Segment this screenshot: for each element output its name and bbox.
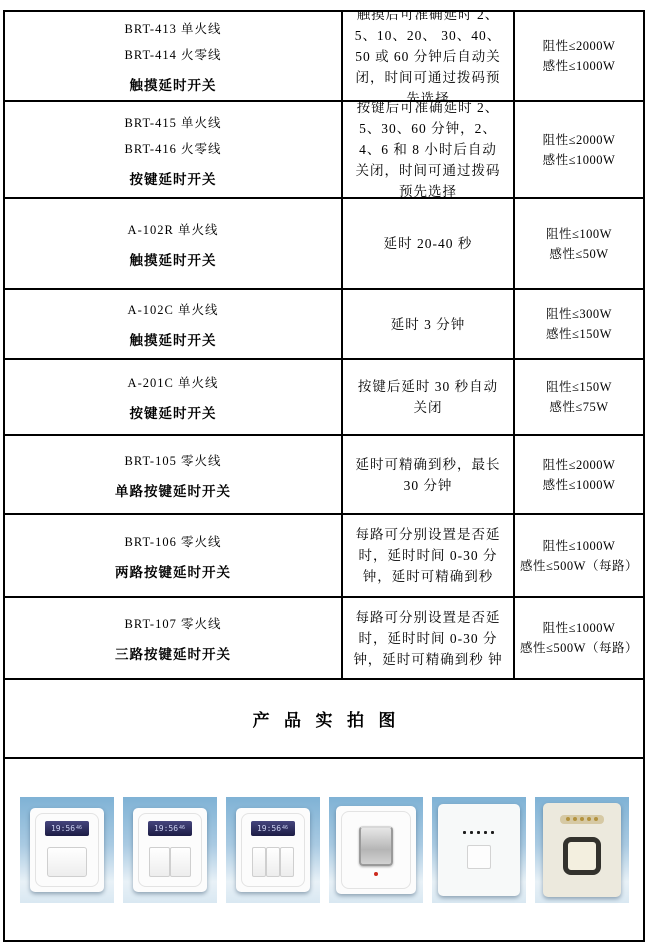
- dip-dot: [484, 831, 487, 834]
- rocker-button-group: [30, 847, 104, 877]
- model-number: BRT-106 零火线: [125, 534, 222, 550]
- table-row: BRT-413 单火线BRT-414 火零线触摸延时开关触摸后可准确延时 2、5…: [5, 12, 643, 102]
- power-rating: 阻性≤2000W: [543, 455, 616, 475]
- product-name: 两路按键延时开关: [115, 561, 231, 581]
- product-name: 触摸延时开关: [130, 329, 217, 349]
- switch-plate: 19:5646: [30, 808, 104, 892]
- photos-section-header: 产品实拍图: [5, 680, 643, 759]
- gold-dot: [594, 817, 598, 821]
- rating-cell: 阻性≤100W感性≤50W: [515, 199, 643, 288]
- rocker-button: [149, 847, 170, 877]
- switch-plate: [543, 803, 621, 897]
- switch-plate: 19:5646: [236, 808, 310, 892]
- lcd-display: 19:5646: [45, 821, 89, 836]
- product-cell: BRT-415 单火线BRT-416 火零线按键延时开关: [5, 102, 343, 197]
- description-cell: 每路可分别设置是否延时，延时时间 0-30 分钟，延时可精确到秒 钟: [343, 598, 515, 678]
- model-number: BRT-415 单火线: [125, 115, 222, 131]
- product-cell: BRT-413 单火线BRT-414 火零线触摸延时开关: [5, 12, 343, 100]
- product-description: 延时 3 分钟: [382, 314, 475, 335]
- product-description: 按键后可准确延时 2、5、30、60 分钟，2、4、6 和 8 小时后自动关闭，…: [343, 102, 513, 197]
- metal-button: [359, 826, 393, 866]
- power-rating: 感性≤1000W: [543, 150, 616, 170]
- gold-dot: [580, 817, 584, 821]
- power-rating: 阻性≤2000W: [543, 130, 616, 150]
- product-photo: 19:5646: [20, 797, 114, 903]
- lcd-time: 19:56: [154, 824, 178, 833]
- power-rating: 感性≤500W（每路）: [520, 638, 638, 658]
- product-name: 单路按键延时开关: [115, 480, 231, 500]
- power-rating: 阻性≤1000W: [543, 618, 616, 638]
- switch-plate: 19:5646: [133, 808, 207, 892]
- model-number: A-102R 单火线: [128, 222, 219, 238]
- power-rating: 感性≤50W: [549, 244, 608, 264]
- table-row: A-102R 单火线触摸延时开关延时 20-40 秒阻性≤100W感性≤50W: [5, 199, 643, 290]
- description-cell: 每路可分别设置是否延时，延时时间 0-30 分钟，延时可精确到秒: [343, 515, 515, 596]
- product-description: 延时可精确到秒，最长 30 分钟: [343, 454, 513, 496]
- model-number: BRT-416 火零线: [125, 141, 222, 157]
- table-row: BRT-106 零火线两路按键延时开关每路可分别设置是否延时，延时时间 0-30…: [5, 515, 643, 598]
- gold-dot: [566, 817, 570, 821]
- rating-cell: 阻性≤2000W感性≤1000W: [515, 12, 643, 100]
- gold-dot: [573, 817, 577, 821]
- table-row: A-102C 单火线触摸延时开关延时 3 分钟阻性≤300W感性≤150W: [5, 290, 643, 360]
- rocker-button: [47, 847, 87, 877]
- description-cell: 延时可精确到秒，最长 30 分钟: [343, 436, 515, 513]
- power-rating: 阻性≤300W: [546, 304, 612, 324]
- description-cell: 按键后可准确延时 2、5、30、60 分钟，2、4、6 和 8 小时后自动关闭，…: [343, 102, 515, 197]
- lcd-time: 19:56: [51, 824, 75, 833]
- lcd-display: 19:5646: [148, 821, 192, 836]
- lcd-seconds: 46: [282, 825, 288, 831]
- description-cell: 按键后延时 30 秒自动关闭: [343, 360, 515, 434]
- power-rating: 感性≤150W: [546, 324, 612, 344]
- photos-section-title: 产品实拍图: [238, 706, 410, 731]
- model-number: BRT-105 零火线: [125, 453, 222, 469]
- table-row: BRT-107 零火线三路按键延时开关每路可分别设置是否延时，延时时间 0-30…: [5, 598, 643, 680]
- rocker-button-group: [133, 847, 207, 877]
- square-button: [467, 845, 491, 869]
- product-photo: [432, 797, 526, 903]
- rocker-button: [266, 847, 280, 877]
- product-photo: [329, 797, 423, 903]
- dip-dot: [470, 831, 473, 834]
- framed-button: [563, 837, 601, 875]
- lcd-seconds: 46: [179, 825, 185, 831]
- rating-cell: 阻性≤150W感性≤75W: [515, 360, 643, 434]
- lcd-seconds: 46: [76, 825, 82, 831]
- description-cell: 延时 3 分钟: [343, 290, 515, 358]
- product-photo: 19:5646: [123, 797, 217, 903]
- product-cell: A-201C 单火线按键延时开关: [5, 360, 343, 434]
- product-cell: BRT-105 零火线单路按键延时开关: [5, 436, 343, 513]
- rating-cell: 阻性≤2000W感性≤1000W: [515, 436, 643, 513]
- product-description: 触摸后可准确延时 2、5、10、20、 30、40、50 或 60 分钟后自动关…: [343, 12, 513, 100]
- dip-dot: [491, 831, 494, 834]
- product-spec-table: BRT-413 单火线BRT-414 火零线触摸延时开关触摸后可准确延时 2、5…: [3, 10, 645, 942]
- dip-dots: [438, 831, 520, 834]
- power-rating: 感性≤500W（每路）: [520, 556, 638, 576]
- power-rating: 感性≤1000W: [543, 475, 616, 495]
- switch-plate: [438, 804, 520, 896]
- model-number: A-102C 单火线: [128, 302, 219, 318]
- power-rating: 阻性≤100W: [546, 224, 612, 244]
- power-rating: 阻性≤2000W: [543, 36, 616, 56]
- switch-plate: [336, 806, 416, 894]
- rating-cell: 阻性≤1000W感性≤500W（每路）: [515, 515, 643, 596]
- gold-dots: [560, 815, 604, 824]
- product-name: 三路按键延时开关: [115, 643, 231, 663]
- product-name: 触摸延时开关: [130, 249, 217, 269]
- lcd-time: 19:56: [257, 824, 281, 833]
- dip-dot: [477, 831, 480, 834]
- power-rating: 阻性≤1000W: [543, 536, 616, 556]
- model-number: BRT-107 零火线: [125, 616, 222, 632]
- rating-cell: 阻性≤1000W感性≤500W（每路）: [515, 598, 643, 678]
- product-name: 触摸延时开关: [130, 74, 217, 94]
- model-number: A-201C 单火线: [128, 375, 219, 391]
- rocker-button-group: [236, 847, 310, 877]
- rating-cell: 阻性≤2000W感性≤1000W: [515, 102, 643, 197]
- power-rating: 阻性≤150W: [546, 377, 612, 397]
- rating-cell: 阻性≤300W感性≤150W: [515, 290, 643, 358]
- table-row: BRT-415 单火线BRT-416 火零线按键延时开关按键后可准确延时 2、5…: [5, 102, 643, 199]
- product-cell: BRT-107 零火线三路按键延时开关: [5, 598, 343, 678]
- description-cell: 延时 20-40 秒: [343, 199, 515, 288]
- lcd-display: 19:5646: [251, 821, 295, 836]
- rocker-button: [280, 847, 294, 877]
- led-indicator: [374, 872, 378, 876]
- model-number: BRT-414 火零线: [125, 47, 222, 63]
- gold-dot: [587, 817, 591, 821]
- product-description: 按键后延时 30 秒自动关闭: [343, 376, 513, 418]
- table-row: A-201C 单火线按键延时开关按键后延时 30 秒自动关闭阻性≤150W感性≤…: [5, 360, 643, 436]
- product-name: 按键延时开关: [130, 402, 217, 422]
- product-name: 按键延时开关: [130, 168, 217, 188]
- product-description: 每路可分别设置是否延时，延时时间 0-30 分钟，延时可精确到秒 钟: [343, 607, 513, 670]
- power-rating: 感性≤75W: [549, 397, 608, 417]
- rocker-button: [170, 847, 191, 877]
- rocker-button: [252, 847, 266, 877]
- product-photo: 19:5646: [226, 797, 320, 903]
- product-description: 延时 20-40 秒: [375, 233, 482, 254]
- power-rating: 感性≤1000W: [543, 56, 616, 76]
- product-cell: A-102R 单火线触摸延时开关: [5, 199, 343, 288]
- dip-dot: [463, 831, 466, 834]
- product-cell: BRT-106 零火线两路按键延时开关: [5, 515, 343, 596]
- product-description: 每路可分别设置是否延时，延时时间 0-30 分钟，延时可精确到秒: [343, 524, 513, 587]
- product-photo: [535, 797, 629, 903]
- table-row: BRT-105 零火线单路按键延时开关延时可精确到秒，最长 30 分钟阻性≤20…: [5, 436, 643, 515]
- spec-rows: BRT-413 单火线BRT-414 火零线触摸延时开关触摸后可准确延时 2、5…: [5, 12, 643, 680]
- product-cell: A-102C 单火线触摸延时开关: [5, 290, 343, 358]
- model-number: BRT-413 单火线: [125, 21, 222, 37]
- product-photos-row: 19:564619:564619:5646: [5, 759, 643, 940]
- description-cell: 触摸后可准确延时 2、5、10、20、 30、40、50 或 60 分钟后自动关…: [343, 12, 515, 100]
